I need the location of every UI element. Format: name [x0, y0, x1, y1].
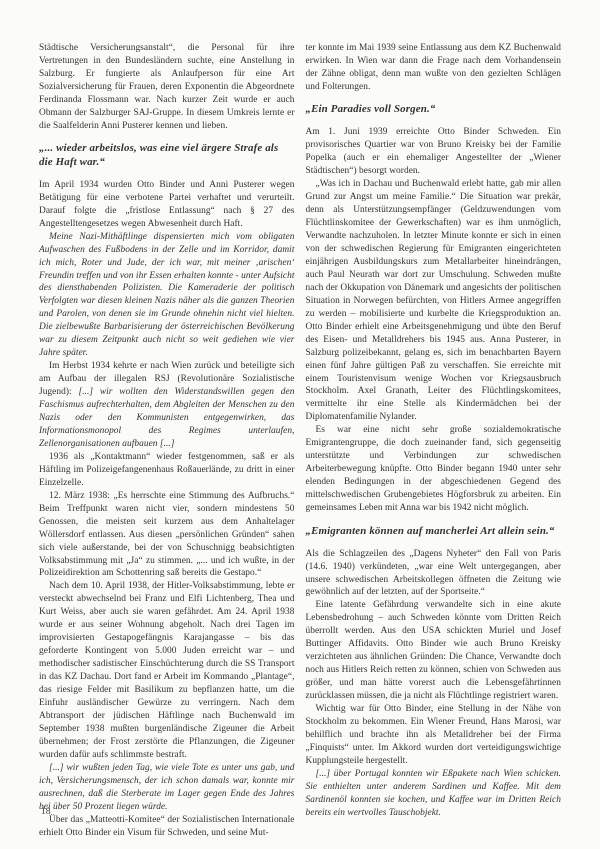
paragraph: [...] über Portugal konnten wir Eßpakete…	[306, 768, 562, 820]
paragraph: [...] wir wußten jeden Tag, wie viele To…	[39, 762, 295, 814]
body-text: Als die Schlagzeilen des „Dagens Nyheter…	[306, 549, 562, 598]
body-text: 1936 als „Kontaktmann“ wieder festgenomm…	[39, 452, 295, 488]
body-text: Es war eine nicht sehr große sozialdemok…	[306, 425, 562, 513]
paragraph: Im Herbst 1934 kehrte er nach Wien zurüc…	[39, 360, 295, 451]
paragraph: Im April 1934 wurden Otto Binder und Ann…	[39, 179, 295, 231]
paragraph: 1936 als „Kontaktmann“ wieder festgenomm…	[39, 451, 295, 490]
section-heading: „... wieder arbeitslos, was eine viel är…	[39, 142, 295, 169]
body-text: 12. März 1938: „Es herrschte eine Stimmu…	[39, 491, 295, 579]
left-column: Städtische Versicherungsanstalt“, die Pe…	[39, 42, 295, 839]
paragraph: Städtische Versicherungsanstalt“, die Pe…	[39, 42, 295, 133]
body-text: „... wieder arbeitslos, was eine viel är…	[39, 142, 278, 168]
quoted-memoir-text: Meine Nazi-Mithäftlinge dispensierten mi…	[39, 232, 295, 359]
paragraph: Wichtig war für Otto Binder, eine Stellu…	[306, 703, 562, 768]
quoted-memoir-text: [...] wir wußten jeden Tag, wie viele To…	[39, 763, 295, 812]
book-page: Städtische Versicherungsanstalt“, die Pe…	[0, 0, 600, 849]
page-number: 18	[41, 806, 51, 817]
body-text: ter konnte im Mai 1939 seine Entlassung …	[306, 43, 562, 92]
body-text: Städtische Versicherungsanstalt“, die Pe…	[39, 43, 295, 131]
paragraph: Meine Nazi-Mithäftlinge dispensierten mi…	[39, 231, 295, 361]
paragraph: Als die Schlagzeilen des „Dagens Nyheter…	[306, 548, 562, 600]
body-text: Wichtig war für Otto Binder, eine Stellu…	[306, 704, 562, 766]
paragraph: Nach dem 10. April 1938, der Hitler-Volk…	[39, 580, 295, 761]
body-text: Am 1. Juni 1939 erreichte Otto Binder Sc…	[306, 127, 562, 176]
quoted-memoir-text: [...] wir wollten den Widerstandswillen …	[39, 387, 295, 449]
body-text: „Ein Paradies voll Sorgen.“	[306, 103, 436, 115]
section-heading: „Ein Paradies voll Sorgen.“	[306, 103, 562, 117]
right-column: ter konnte im Mai 1939 seine Entlassung …	[306, 42, 562, 839]
paragraph: Es war eine nicht sehr große sozialdemok…	[306, 424, 562, 515]
body-text: Im April 1934 wurden Otto Binder und Ann…	[39, 180, 295, 229]
paragraph: 12. März 1938: „Es herrschte eine Stimmu…	[39, 490, 295, 581]
paragraph: Über das „Matteotti-Komitee“ der Soziali…	[39, 814, 295, 840]
quoted-memoir-text: [...] über Portugal konnten wir Eßpakete…	[306, 769, 562, 818]
paragraph: „Was ich in Dachau und Buchenwald erlebt…	[306, 178, 562, 424]
body-text: „Was ich in Dachau und Buchenwald erlebt…	[306, 179, 562, 422]
body-text: Über das „Matteotti-Komitee“ der Soziali…	[39, 815, 295, 838]
body-text: Nach dem 10. April 1938, der Hitler-Volk…	[39, 581, 295, 759]
section-heading: „Emigranten können auf mancherlei Art al…	[306, 525, 562, 539]
paragraph: Am 1. Juni 1939 erreichte Otto Binder Sc…	[306, 126, 562, 178]
two-column-text-layout: Städtische Versicherungsanstalt“, die Pe…	[39, 42, 561, 839]
body-text: Eine latente Gefährdung verwandelte sich…	[306, 600, 562, 701]
paragraph: Eine latente Gefährdung verwandelte sich…	[306, 599, 562, 703]
paragraph: ter konnte im Mai 1939 seine Entlassung …	[306, 42, 562, 94]
body-text: „Emigranten können auf mancherlei Art al…	[306, 525, 555, 537]
